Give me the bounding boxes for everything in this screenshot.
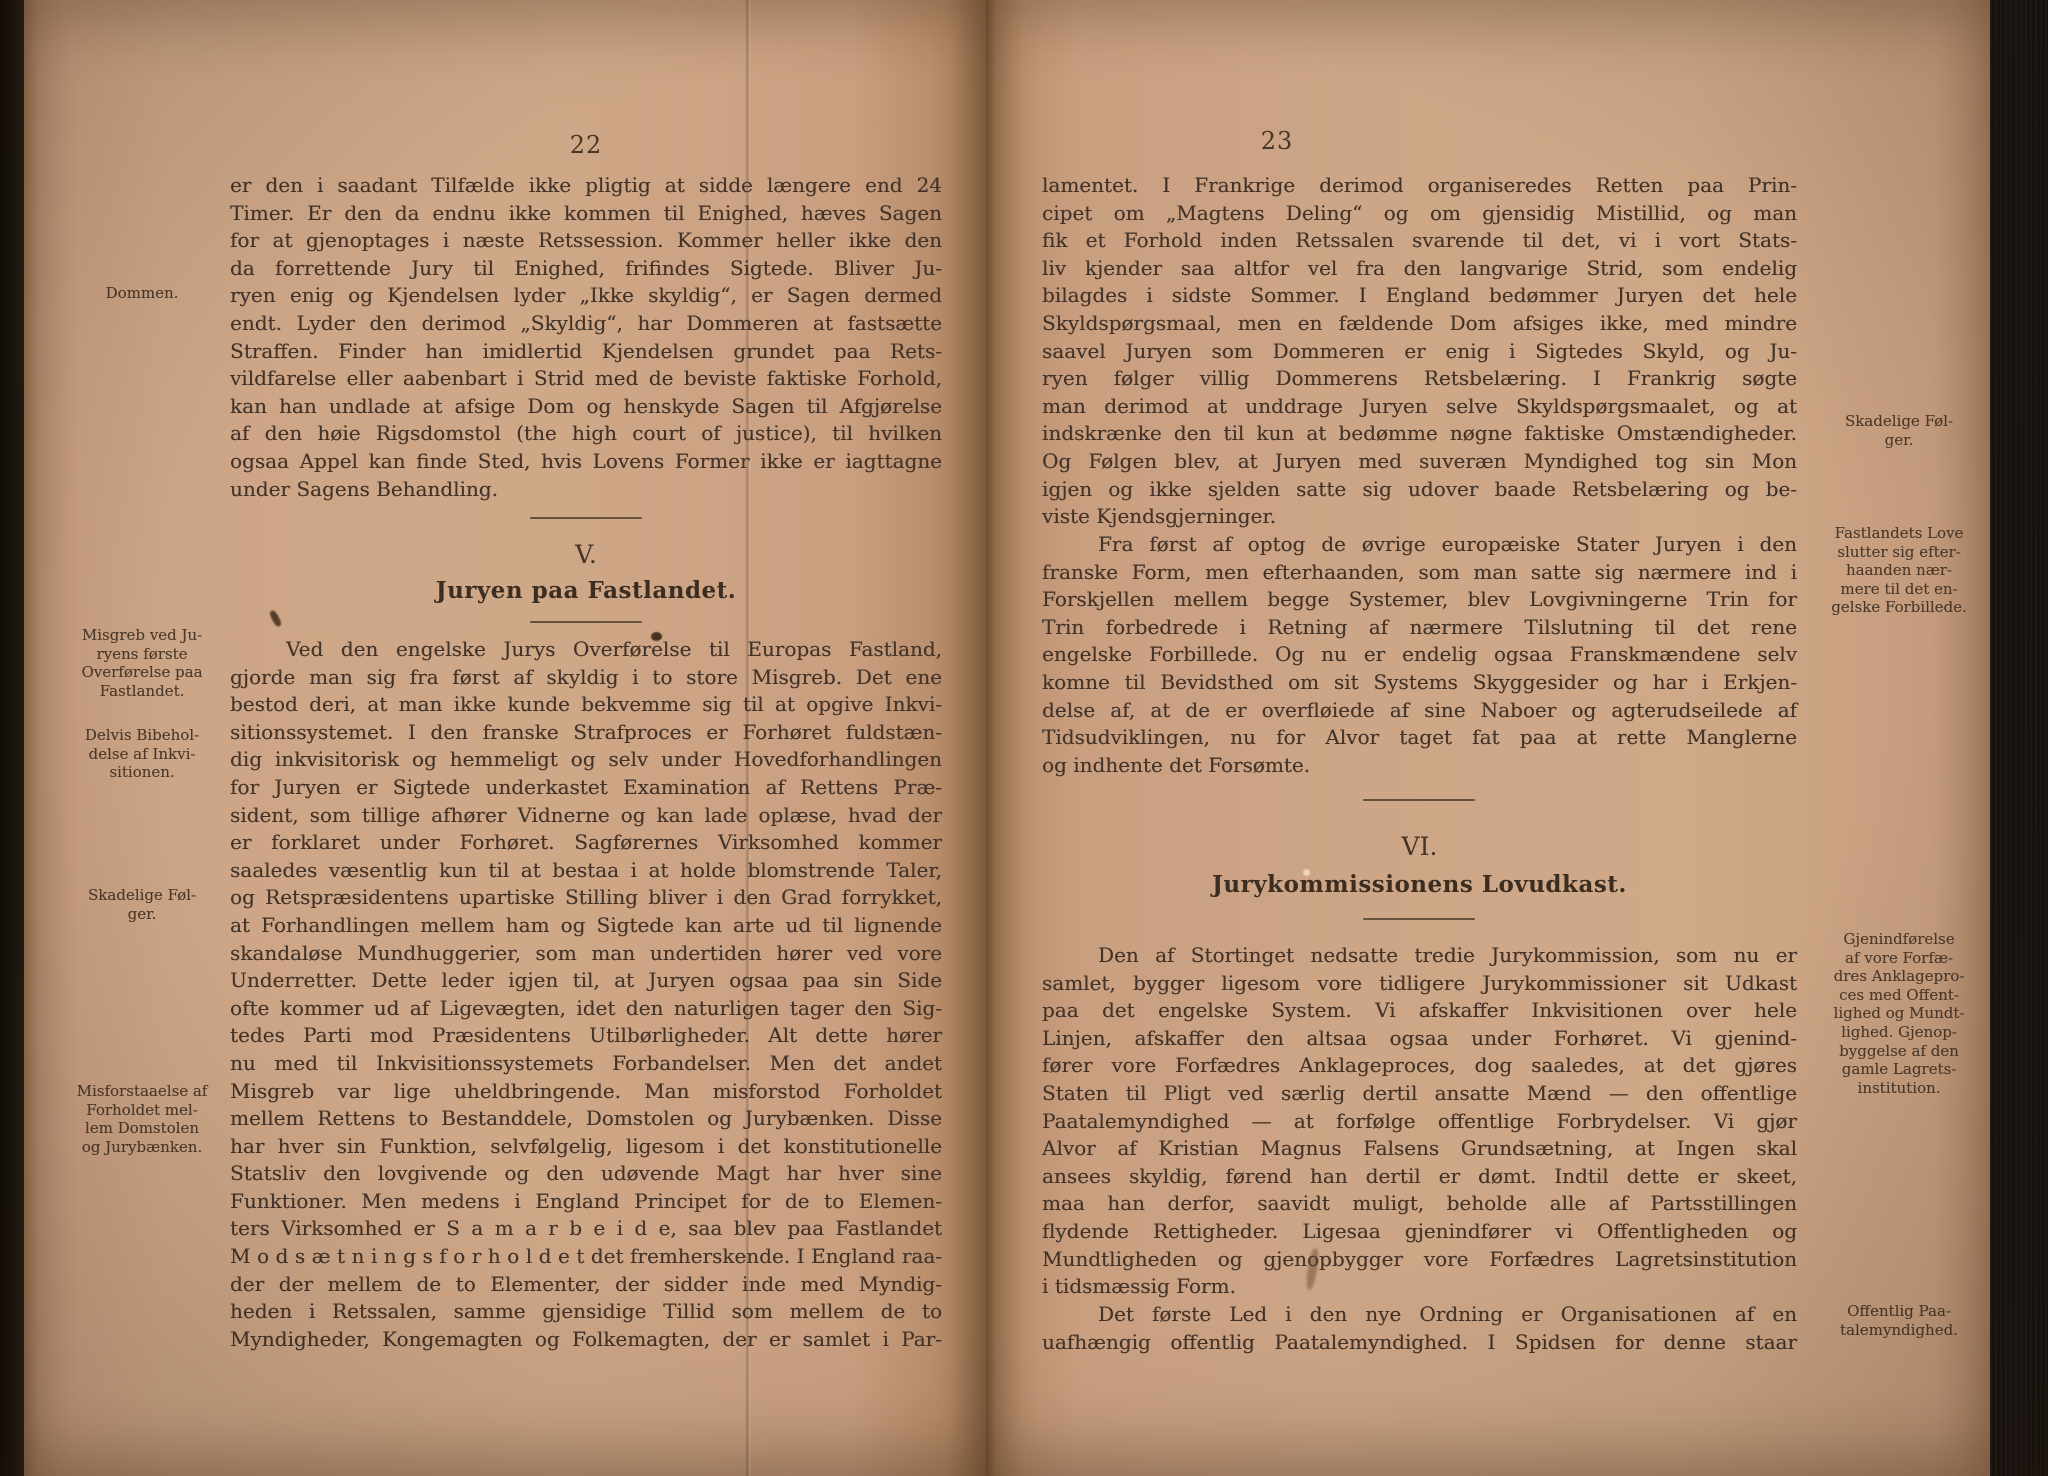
text-line: Staten til Pligt ved særlig dertil ansat… [1042, 1080, 1797, 1108]
text-line: Myndigheder, Kongemagten og Folkemagten,… [230, 1326, 942, 1354]
book-cover-edge-right [1990, 0, 2048, 1476]
margin-note: Offentlig Paa- talemyndighed. [1804, 1302, 1994, 1339]
text-line: nu med til Inkvisitionssystemets Forband… [230, 1050, 942, 1078]
book-photo: 22 Dommen. Misgreb ved Ju- ryens første … [0, 0, 2048, 1476]
text-line: Paatalemyndighed — at forfølge offentlig… [1042, 1108, 1797, 1136]
text-line: Den af Stortinget nedsatte tredie Juryko… [1042, 942, 1797, 970]
text-line: liv kjender saa altfor vel fra den langv… [1042, 255, 1797, 283]
text-line: skandaløse Mundhuggerier, som man undert… [230, 940, 942, 968]
text-line: cipet om „Magtens Deling“ og om gjensidi… [1042, 200, 1797, 228]
text-line: Timer. Er den da endnu ikke kommen til E… [230, 200, 942, 228]
text-line: i tidsmæssig Form. [1042, 1273, 1797, 1301]
margin-note: Skadelige Føl- ger. [1804, 412, 1994, 449]
page-number-left: 22 [230, 131, 942, 159]
margin-note: Delvis Bibehol- delse af Inkvi- sitionen… [62, 726, 222, 782]
text-line: Tidsudviklingen, nu for Alvor taget fat … [1042, 724, 1797, 752]
text-line: Misgreb var lige uheldbringende. Man mis… [230, 1078, 942, 1106]
text-line: er forklaret under Forhøret. Sagførernes… [230, 829, 942, 857]
text-line: kan han undlade at afsige Dom og henskyd… [230, 393, 942, 421]
text-line: flydende Rettigheder. Ligesaa gjenindfør… [1042, 1218, 1797, 1246]
text-line: fører vore Forfædres Anklageproces, dog … [1042, 1052, 1797, 1080]
margin-note: Misgreb ved Ju- ryens første Overførelse… [62, 626, 222, 700]
text-line: lamentet. I Frankrige derimod organisere… [1042, 172, 1797, 200]
body-paragraph: Ved den engelske Jurys Overførelse til E… [230, 636, 942, 1353]
margin-note: Skadelige Føl- ger. [62, 886, 222, 923]
body-paragraph: er den i saadant Tilfælde ikke pligtig a… [230, 172, 942, 503]
section-divider [1363, 918, 1475, 920]
section-title: Jurykommissionens Lovudkast. [1042, 871, 1797, 898]
text-line: for Juryen er Sigtede underkastet Examin… [230, 774, 942, 802]
body-paragraph: Det første Led i den nye Ordning er Orga… [1042, 1301, 1797, 1356]
text-line: er den i saadant Tilfælde ikke pligtig a… [230, 172, 942, 200]
text-line: Statsliv den lovgivende og den udøvende … [230, 1160, 942, 1188]
text-line: Straffen. Finder han imidlertid Kjendels… [230, 338, 942, 366]
text-line: har hver sin Funktion, selvfølgelig, lig… [230, 1133, 942, 1161]
text-line: man derimod at unddrage Juryen selve Sky… [1042, 393, 1797, 421]
text-line: igjen og ikke sjelden satte sig udover b… [1042, 476, 1797, 504]
text-line: sitionssystemet. I den franske Strafproc… [230, 719, 942, 747]
text-line: komne til Bevidsthed om sit Systems Skyg… [1042, 669, 1797, 697]
text-line: da forrettende Jury til Enighed, frifind… [230, 255, 942, 283]
text-line: Forskjellen mellem begge Systemer, blev … [1042, 586, 1797, 614]
text-line: ofte kommer ud af Ligevægten, idet den n… [230, 995, 942, 1023]
section-number: V. [230, 540, 942, 569]
body-paragraph: Den af Stortinget nedsatte tredie Juryko… [1042, 942, 1797, 1301]
text-line: engelske Forbillede. Og nu er endelig og… [1042, 641, 1797, 669]
text-line: saaledes væsentlig kun til at bestaa i a… [230, 857, 942, 885]
text-line: ryen følger villig Dommerens Retsbelærin… [1042, 365, 1797, 393]
text-line: og indhente det Forsømte. [1042, 752, 1797, 780]
text-line: viste Kjendsgjerninger. [1042, 503, 1797, 531]
section-title: Juryen paa Fastlandet. [230, 577, 942, 604]
margin-note: Misforstaaelse af Forholdet mel- lem Dom… [62, 1082, 222, 1156]
text-line: og Retspræsidentens upartiske Stilling b… [230, 884, 942, 912]
text-line: Skyldspørgsmaal, men en fældende Dom afs… [1042, 310, 1797, 338]
text-line: franske Form, men efterhaanden, som man … [1042, 559, 1797, 587]
text-line: der der mellem de to Elementer, der sidd… [230, 1271, 942, 1299]
section-divider [1363, 799, 1475, 801]
text-line: Underretter. Dette leder igjen til, at J… [230, 967, 942, 995]
text-line: ansees skyldig, førend han dertil er døm… [1042, 1163, 1797, 1191]
text-line: heden i Retssalen, samme gjensidige Till… [230, 1298, 942, 1326]
text-line: Ved den engelske Jurys Overførelse til E… [230, 636, 942, 664]
text-line: bestod deri, at man ikke kunde bekvemme … [230, 691, 942, 719]
book-edge-left [0, 0, 24, 1476]
text-line: endt. Lyder den derimod „Skyldig“, har D… [230, 310, 942, 338]
section-divider [530, 517, 642, 519]
text-line: ryen enig og Kjendelsen lyder „Ikke skyl… [230, 282, 942, 310]
text-line: Funktioner. Men medens i England Princip… [230, 1188, 942, 1216]
text-line: M o d s æ t n i n g s f o r h o l d e t … [230, 1243, 942, 1271]
text-line: for at gjenoptages i næste Retssession. … [230, 227, 942, 255]
margin-note: Fastlandets Love slutter sig efter- haan… [1804, 524, 1994, 617]
text-line: ogsaa Appel kan finde Sted, hvis Lovens … [230, 448, 942, 476]
margin-note: Gjenindførelse af vore Forfæ- dres Ankla… [1804, 930, 1994, 1097]
text-line: gjorde man sig fra først af skyldig i to… [230, 664, 942, 692]
text-line: sident, som tillige afhører Vidnerne og … [230, 802, 942, 830]
margin-note: Dommen. [62, 284, 222, 303]
section-number: VI. [1042, 832, 1797, 861]
page-number-right: 23 [1042, 127, 1512, 155]
text-line: paa det engelske System. Vi afskaffer In… [1042, 997, 1797, 1025]
text-line: bilagdes i sidste Sommer. I England bedø… [1042, 282, 1797, 310]
text-line: indskrænke den til kun at bedømme nøgne … [1042, 420, 1797, 448]
text-line: Mundtligheden og gjenopbygger vore Forfæ… [1042, 1246, 1797, 1274]
text-line: mellem Rettens to Bestanddele, Domstolen… [230, 1105, 942, 1133]
text-line: af den høie Rigsdomstol (the high court … [230, 420, 942, 448]
text-line: Alvor af Kristian Magnus Falsens Grundsæ… [1042, 1135, 1797, 1163]
text-line: tedes Parti mod Præsidentens Utilbørligh… [230, 1022, 942, 1050]
text-line: vildfarelse eller aabenbart i Strid med … [230, 365, 942, 393]
text-line: Trin forbedrede i Retning af nærmere Til… [1042, 614, 1797, 642]
text-line: fik et Forhold inden Retssalen svarende … [1042, 227, 1797, 255]
text-line: Det første Led i den nye Ordning er Orga… [1042, 1301, 1797, 1329]
body-paragraph: Fra først af optog de øvrige europæiske … [1042, 531, 1797, 779]
section-divider [530, 621, 642, 623]
body-paragraph: lamentet. I Frankrige derimod organisere… [1042, 172, 1797, 531]
text-line: under Sagens Behandling. [230, 476, 942, 504]
text-line: delse af, at de er overfløiede af sine N… [1042, 697, 1797, 725]
text-line: Og Følgen blev, at Juryen med suveræn My… [1042, 448, 1797, 476]
text-line: Linjen, afskaffer den altsaa ogsaa under… [1042, 1025, 1797, 1053]
text-line: at Forhandlingen mellem ham og Sigtede k… [230, 912, 942, 940]
text-line: saavel Juryen som Dommeren er enig i Sig… [1042, 338, 1797, 366]
text-line: samlet, bygger ligesom vore tidligere Ju… [1042, 970, 1797, 998]
text-line: uafhængig offentlig Paatalemyndighed. I … [1042, 1329, 1797, 1357]
text-line: Fra først af optog de øvrige europæiske … [1042, 531, 1797, 559]
text-line: dig inkvisitorisk og hemmeligt og selv u… [230, 746, 942, 774]
text-line: ters Virksomhed er S a m a r b e i d e, … [230, 1215, 942, 1243]
text-line: maa han derfor, saavidt muligt, beholde … [1042, 1190, 1797, 1218]
